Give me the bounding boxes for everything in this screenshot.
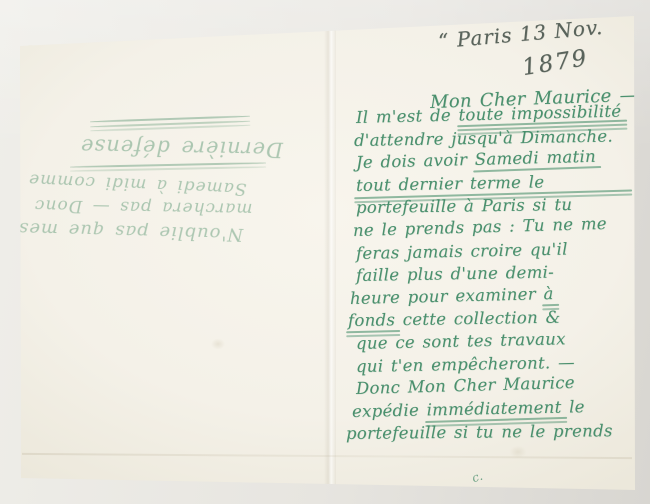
bleed-through-block: Dernière défenseSamedi à midi commemarch… (18, 14, 326, 492)
underlined-phrase: toute impossibilité (458, 102, 621, 125)
underlined-phrase: fonds (348, 311, 395, 331)
letter-text: portefeuille à Paris si tu (356, 195, 573, 217)
bleed-underline-rule (90, 115, 250, 123)
underlined-phrase: à (543, 284, 554, 303)
letter-text: d'attendre jusqu'à Dimanche. (354, 126, 613, 150)
bleed-text-line: Dernière défense (80, 134, 283, 162)
letter-text: que ce sont tes travaux (356, 329, 566, 353)
letter-sheet: Dernière défenseSamedi à midi commemarch… (18, 14, 636, 492)
letter-text: portefeuille si tu ne le prends (346, 422, 613, 444)
bleed-text-line: marchera pas — Donc (34, 195, 253, 219)
letter-text: feras jamais croire qu'il (356, 239, 568, 262)
ink-mark: c. (470, 469, 484, 486)
letter-photograph: Dernière défenseSamedi à midi commemarch… (0, 0, 650, 504)
letter-line: portefeuille si tu ne le prends (346, 421, 644, 447)
letter-text: expédie (352, 400, 427, 421)
bleed-text-line: Samedi à midi comme (28, 169, 247, 199)
letter-dateline: “ Paris 13 Nov. 1879 (326, 14, 636, 94)
underlined-phrase: tout dernier terme le (356, 172, 545, 195)
letter-page-left: Dernière défenseSamedi à midi commemarch… (18, 14, 326, 492)
bleed-text-line: N'oublie pas que mes (18, 218, 244, 245)
letter-text: faille plus d'une demi- (356, 263, 554, 285)
letter-text: le (561, 397, 585, 416)
letter-text: Je dois avoir (356, 150, 475, 172)
letter-page-right: “ Paris 13 Nov. 1879 Mon Cher Maurice ——… (326, 14, 636, 492)
letter-text: Il m'est de (356, 105, 459, 126)
letter-text: cette collection & (395, 308, 561, 330)
underlined-phrase: Samedi matin (474, 147, 596, 169)
letter-text: qui t'en empêcheront. — (356, 352, 575, 375)
underlined-phrase: immédiatement (426, 397, 561, 419)
bleed-underline-rule (70, 162, 266, 168)
letter-body: Il m'est de toute impossibilitéd'attendr… (356, 108, 644, 447)
date-year: 1879 (520, 45, 590, 81)
letter-text: heure pour examiner (350, 284, 544, 308)
